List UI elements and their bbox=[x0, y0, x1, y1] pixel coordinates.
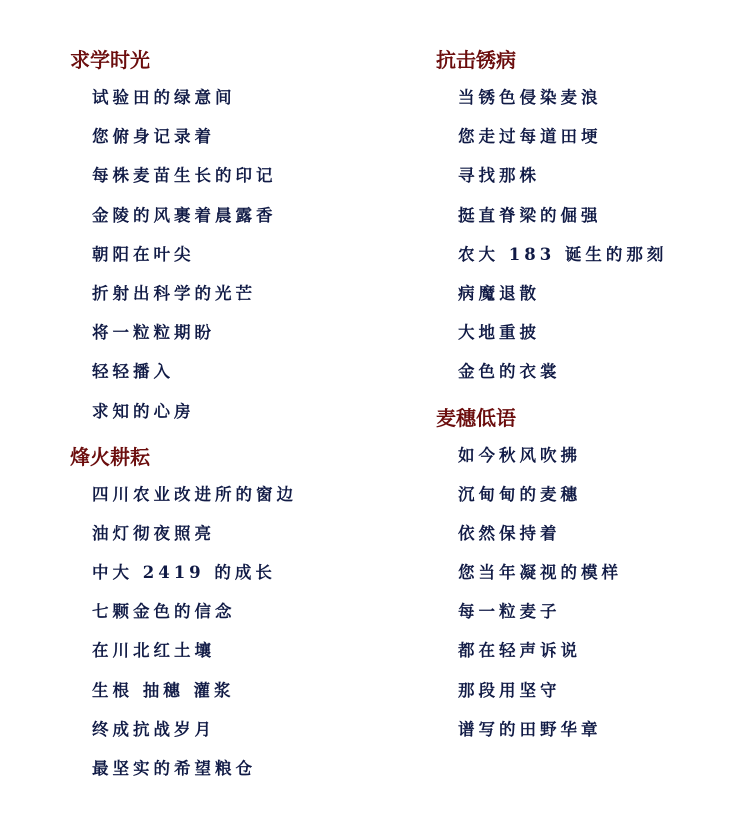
section-title: 烽火耕耘 bbox=[70, 441, 370, 473]
poem-line: 朝阳在叶尖 bbox=[92, 243, 370, 282]
poem-lines: 试验田的绿意间 您俯身记录着 每株麦苗生长的印记 金陵的风裹着晨露香 朝阳在叶尖… bbox=[70, 86, 370, 439]
poem-line: 在川北红土壤 bbox=[92, 639, 370, 678]
section-wartime-farming: 烽火耕耘 四川农业改进所的窗边 油灯彻夜照亮 中大 2419 的成长 七颗金色的… bbox=[70, 441, 370, 797]
poem-line: 病魔退散 bbox=[458, 282, 730, 321]
poem-line: 您当年凝视的模样 bbox=[458, 561, 730, 600]
poem-line: 当锈色侵染麦浪 bbox=[458, 86, 730, 125]
poem-line: 您走过每道田埂 bbox=[458, 125, 730, 164]
poem-line: 试验田的绿意间 bbox=[92, 86, 370, 125]
section-title: 求学时光 bbox=[70, 44, 370, 76]
poem-lines: 四川农业改进所的窗边 油灯彻夜照亮 中大 2419 的成长 七颗金色的信念 在川… bbox=[70, 483, 370, 797]
poem-lines: 如今秋风吹拂 沉甸甸的麦穗 依然保持着 您当年凝视的模样 每一粒麦子 都在轻声诉… bbox=[436, 444, 730, 758]
poem-line: 七颗金色的信念 bbox=[92, 600, 370, 639]
poem-line: 最坚实的希望粮仓 bbox=[92, 757, 370, 796]
poem-line: 您俯身记录着 bbox=[92, 125, 370, 164]
section-study-years: 求学时光 试验田的绿意间 您俯身记录着 每株麦苗生长的印记 金陵的风裹着晨露香 … bbox=[70, 44, 370, 439]
poem-line: 油灯彻夜照亮 bbox=[92, 522, 370, 561]
poem-line: 终成抗战岁月 bbox=[92, 718, 370, 757]
poem-line: 都在轻声诉说 bbox=[458, 639, 730, 678]
poem-line: 折射出科学的光芒 bbox=[92, 282, 370, 321]
poem-line: 农大 183 诞生的那刻 bbox=[458, 243, 730, 282]
right-column: 抗击锈病 当锈色侵染麦浪 您走过每道田埂 寻找那株 挺直脊梁的倔强 农大 183… bbox=[436, 44, 730, 757]
poem-line: 那段用坚守 bbox=[458, 679, 730, 718]
poem-line: 挺直脊梁的倔强 bbox=[458, 204, 730, 243]
poem-line: 生根 抽穗 灌浆 bbox=[92, 679, 370, 718]
poem-line: 每一粒麦子 bbox=[458, 600, 730, 639]
poem-line: 求知的心房 bbox=[92, 400, 370, 439]
poem-line: 如今秋风吹拂 bbox=[458, 444, 730, 483]
poem-line: 寻找那株 bbox=[458, 164, 730, 203]
section-title: 抗击锈病 bbox=[436, 44, 730, 76]
poem-lines: 当锈色侵染麦浪 您走过每道田埂 寻找那株 挺直脊梁的倔强 农大 183 诞生的那… bbox=[436, 86, 730, 400]
poem-line: 每株麦苗生长的印记 bbox=[92, 164, 370, 203]
poem-line: 中大 2419 的成长 bbox=[92, 561, 370, 600]
poem-line: 轻轻播入 bbox=[92, 360, 370, 399]
poem-line: 大地重披 bbox=[458, 321, 730, 360]
poem-line: 四川农业改进所的窗边 bbox=[92, 483, 370, 522]
section-title: 麦穗低语 bbox=[436, 402, 730, 434]
poem-line: 金陵的风裹着晨露香 bbox=[92, 204, 370, 243]
poem-line: 谱写的田野华章 bbox=[458, 718, 730, 757]
poem-line: 金色的衣裳 bbox=[458, 360, 730, 399]
left-column: 求学时光 试验田的绿意间 您俯身记录着 每株麦苗生长的印记 金陵的风裹着晨露香 … bbox=[70, 44, 370, 796]
poem-line: 将一粒粒期盼 bbox=[92, 321, 370, 360]
poem-line: 沉甸甸的麦穗 bbox=[458, 483, 730, 522]
poem-line: 依然保持着 bbox=[458, 522, 730, 561]
section-wheat-whispers: 麦穗低语 如今秋风吹拂 沉甸甸的麦穗 依然保持着 您当年凝视的模样 每一粒麦子 … bbox=[436, 402, 730, 758]
section-fighting-rust: 抗击锈病 当锈色侵染麦浪 您走过每道田埂 寻找那株 挺直脊梁的倔强 农大 183… bbox=[436, 44, 730, 400]
